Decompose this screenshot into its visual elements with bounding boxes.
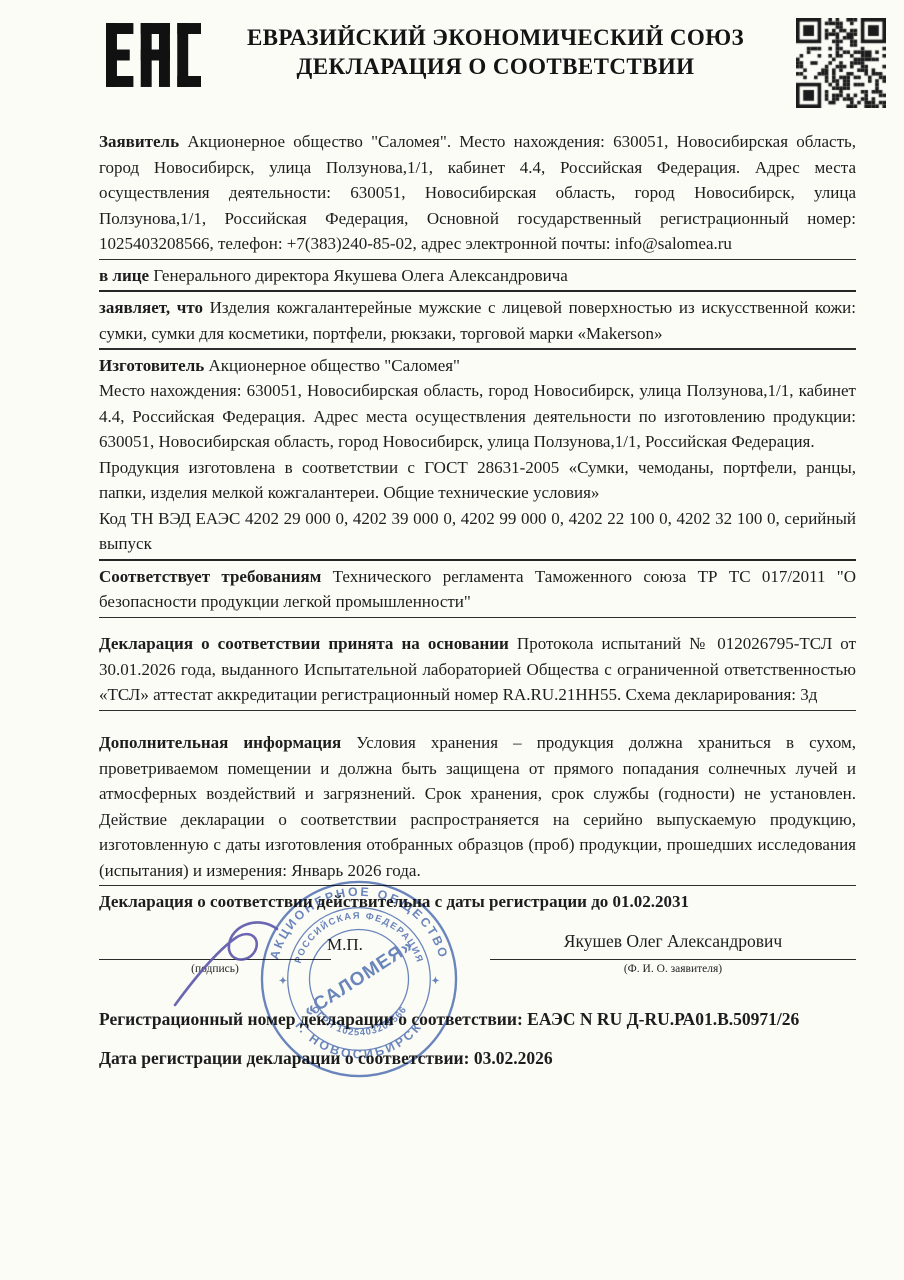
manufacturer-name-line: Изготовитель Акционерное общество "Салом… — [99, 353, 856, 379]
divider — [99, 259, 856, 260]
manufacturer-gost: Продукция изготовлена в соответствии с Г… — [99, 455, 856, 506]
document-title: ЕВРАЗИЙСКИЙ ЭКОНОМИЧЕСКИЙ СОЮЗ ДЕКЛАРАЦИ… — [201, 20, 796, 82]
applicant-label: Заявитель — [99, 132, 179, 151]
basis-label: Декларация о соответствии принята на осн… — [99, 634, 509, 653]
fio-line — [490, 959, 856, 960]
document-body: Заявитель Акционерное общество "Саломея"… — [0, 113, 904, 1070]
basis-paragraph: Декларация о соответствии принята на осн… — [99, 631, 856, 708]
divider — [99, 617, 856, 618]
divider — [99, 290, 856, 292]
declares-label: заявляет, что — [99, 298, 203, 317]
signature-line — [99, 959, 331, 960]
divider — [99, 348, 856, 349]
applicant-fio: Якушев Олег Александрович — [490, 931, 856, 952]
svg-text:✦: ✦ — [431, 976, 439, 987]
stamp-place-label: М.П. — [327, 935, 363, 955]
compliance-paragraph: Соответствует требованиям Технического р… — [99, 564, 856, 615]
fio-caption: (Ф. И. О. заявителя) — [490, 963, 856, 975]
applicant-text: Акционерное общество "Саломея". Место на… — [99, 132, 856, 253]
registration-date-line: Дата регистрации декларации о соответств… — [99, 1046, 856, 1070]
in-person-line: в лице Генерального директора Якушева Ол… — [99, 263, 856, 289]
signature-area: (подпись) М.П. Якушев Олег Александрович… — [99, 921, 856, 999]
document-header: ЕВРАЗИЙСКИЙ ЭКОНОМИЧЕСКИЙ СОЮЗ ДЕКЛАРАЦИ… — [0, 0, 904, 113]
divider — [99, 559, 856, 561]
manufacturer-tnved: Код ТН ВЭД ЕАЭС 4202 29 000 0, 4202 39 0… — [99, 506, 856, 557]
manufacturer-label: Изготовитель — [99, 356, 204, 375]
additional-info-label: Дополнительная информация — [99, 733, 341, 752]
divider — [99, 710, 856, 711]
title-line-1: ЕВРАЗИЙСКИЙ ЭКОНОМИЧЕСКИЙ СОЮЗ — [205, 24, 786, 53]
declares-text: Изделия кожгалантерейные мужские с лицев… — [99, 298, 856, 343]
manufacturer-address: Место нахождения: 630051, Новосибирская … — [99, 378, 856, 455]
declares-paragraph: заявляет, что Изделия кожгалантерейные м… — [99, 295, 856, 346]
in-person-label: в лице — [99, 266, 149, 285]
applicant-paragraph: Заявитель Акционерное общество "Саломея"… — [99, 129, 856, 257]
declaration-document: ЕВРАЗИЙСКИЙ ЭКОНОМИЧЕСКИЙ СОЮЗ ДЕКЛАРАЦИ… — [0, 0, 904, 1280]
signature-caption: (подпись) — [99, 963, 331, 975]
validity-line: Декларация о соответствии действительна … — [99, 889, 856, 915]
qr-code-icon — [796, 18, 886, 113]
in-person-text: Генерального директора Якушева Олега Але… — [153, 266, 567, 285]
manufacturer-name: Акционерное общество "Саломея" — [208, 356, 460, 375]
additional-info-paragraph: Дополнительная информация Условия хранен… — [99, 730, 856, 883]
svg-text:✦: ✦ — [279, 976, 287, 987]
compliance-label: Соответствует требованиям — [99, 567, 321, 586]
divider — [99, 885, 856, 886]
additional-info-text: Условия хранения – продукция должна хран… — [99, 733, 856, 880]
title-line-2: ДЕКЛАРАЦИЯ О СООТВЕТСТВИИ — [205, 53, 786, 82]
registration-number-line: Регистрационный номер декларации о соотв… — [99, 1007, 856, 1031]
eac-mark-icon — [106, 22, 201, 93]
